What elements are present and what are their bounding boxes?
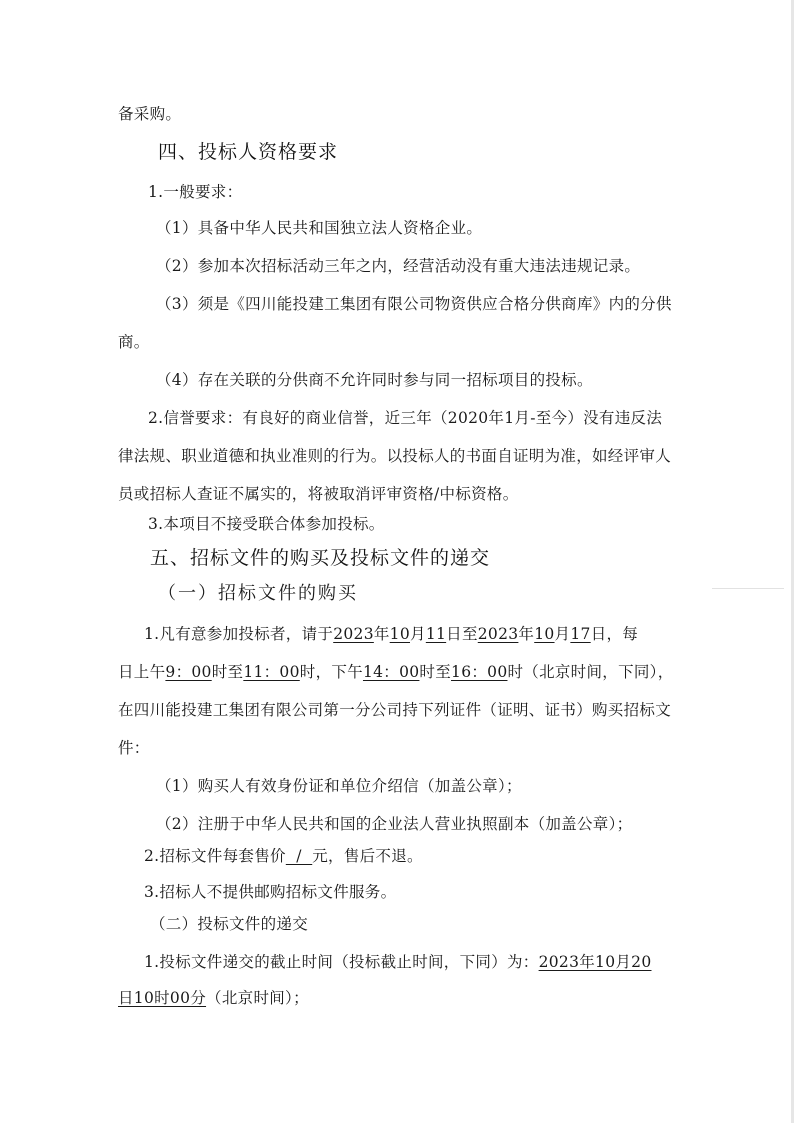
subsection-purchase: （一）招标文件的购买 <box>158 584 358 604</box>
am-start: 9：00 <box>165 663 211 681</box>
no-mail-order-note: 3.招标人不提供邮购招标文件服务。 <box>144 882 396 902</box>
am-end: 11：00 <box>243 663 299 681</box>
general-requirements-label: 1.一般要求： <box>148 182 242 202</box>
purchase-period-line-2: 日上午9：00时至11：00时，下午14：00时至16：00时（北京时间，下同）… <box>118 662 674 682</box>
deadline-time: 日10时00分 <box>118 989 206 1007</box>
end-day: 17 <box>570 625 590 643</box>
requirement-item-3-cont: 商。 <box>118 332 150 352</box>
deadline-date: 2023年10月20 <box>539 953 652 971</box>
credit-requirement: 2.信誉要求：有良好的商业信誉，近三年（2020年1月-至今）没有违反法 <box>148 408 662 428</box>
section-heading-4: 四、投标人资格要求 <box>158 142 338 162</box>
subsection-submission: （二）投标文件的递交 <box>150 914 308 934</box>
paragraph-continuation: 备采购。 <box>118 104 181 124</box>
text: 2.招标文件每套售价 <box>144 847 286 865</box>
credit-requirement-cont-1: 律法规、职业道德和执业准则的行为。以投标人的书面自证明为准，如经评审人 <box>118 446 671 466</box>
purchase-period-line-1: 1.凡有意参加投标者，请于2023年10月11日至2023年10月17日，每 <box>144 624 638 644</box>
deadline-line-1: 1.投标文件递交的截止时间（投标截止时间，下同）为：2023年10月20 <box>144 952 652 972</box>
requirement-item-2: （2）参加本次招标活动三年之内，经营活动没有重大违法违规记录。 <box>156 256 640 276</box>
text: 1.投标文件递交的截止时间（投标截止时间，下同）为： <box>144 953 539 971</box>
start-month: 10 <box>390 625 410 643</box>
credit-requirement-cont-2: 员或招标人查证不属实的，将被取消评审资格/中标资格。 <box>118 484 519 504</box>
purchase-location: 在四川能投建工集团有限公司第一分公司持下列证件（证明、证书）购买招标文 <box>118 700 671 720</box>
text: 月 <box>555 625 571 643</box>
pm-end: 16：00 <box>451 663 507 681</box>
requirement-item-1: （1）具备中华人民共和国独立法人资格企业。 <box>156 218 482 238</box>
text: 时至 <box>419 663 451 681</box>
document-item-2: （2）注册于中华人民共和国的企业法人营业执照副本（加盖公章）； <box>156 814 632 834</box>
text: 时至 <box>212 663 244 681</box>
joint-venture-note: 3.本项目不接受联合体参加投标。 <box>148 514 385 534</box>
text: 日，每 <box>591 625 638 643</box>
text: 日上午 <box>118 663 165 681</box>
start-year: 2023 <box>333 625 374 643</box>
end-year: 2023 <box>478 625 519 643</box>
text: 时（北京时间，下同）， <box>507 663 673 681</box>
text: 时，下午 <box>300 663 363 681</box>
document-page: 备采购。 四、投标人资格要求 1.一般要求： （1）具备中华人民共和国独立法人资… <box>0 0 794 1123</box>
text: 年 <box>374 625 390 643</box>
pm-start: 14：00 <box>363 663 419 681</box>
text: 日至 <box>446 625 478 643</box>
price-line: 2.招标文件每套售价 / 元，售后不退。 <box>144 846 423 866</box>
start-day: 11 <box>426 625 446 643</box>
requirement-item-4: （4）存在关联的分供商不允许同时参与同一招标项目的投标。 <box>156 370 593 390</box>
text: （北京时间）； <box>206 989 309 1007</box>
end-month: 10 <box>534 625 554 643</box>
text: 元，售后不退。 <box>312 847 423 865</box>
purchase-location-cont: 件： <box>118 738 150 758</box>
scan-artifact-line <box>712 588 784 589</box>
requirement-item-3: （3）须是《四川能投建工集团有限公司物资供应合格分供商库》内的分供 <box>156 294 672 314</box>
section-heading-5: 五、招标文件的购买及投标文件的递交 <box>150 548 490 568</box>
text: 年 <box>518 625 534 643</box>
deadline-line-2: 日10时00分（北京时间）； <box>118 988 309 1008</box>
text: 1.凡有意参加投标者，请于 <box>144 625 333 643</box>
price-value: / <box>286 847 312 865</box>
document-item-1: （1）购买人有效身份证和单位介绍信（加盖公章）； <box>156 776 522 796</box>
text: 月 <box>410 625 426 643</box>
